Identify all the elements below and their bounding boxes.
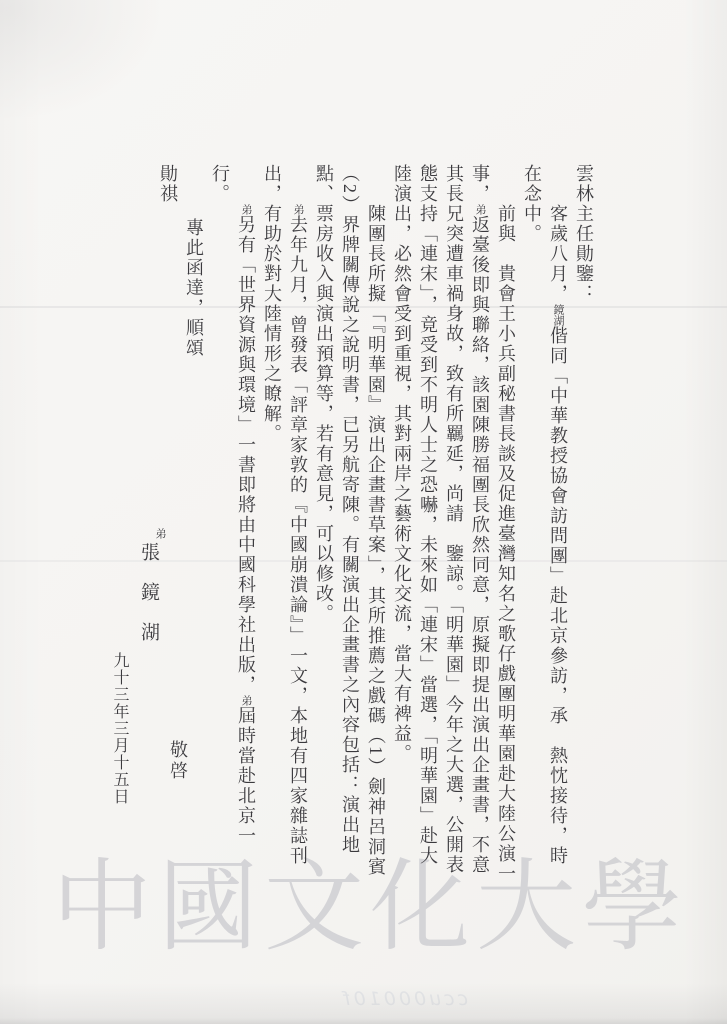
sender-name-annotation: 鏡湖 [552,304,564,326]
scanned-letter-page: 中國文化大學 雲林主任勛鑒： 客歲八月，鏡湖偕同「中華教授協會訪問團」赴北京參訪… [0,0,727,1024]
signature-humble-prefix: 弟 [152,528,168,539]
signature-date: 九十三年三月十五日 [108,652,131,805]
humble-self-annotation: 弟 [474,204,486,215]
text-run: 陳團長所擬「『明華園』演出企畫書草案」，其所推薦之戲碼（1）劍神呂洞賓（2）界牌… [314,164,386,877]
salutation: 雲林主任勛鑒： [571,164,597,884]
text-run: 返臺後即與聯絡，該園陳勝福團長欣然同意，原擬即提出演出企畫書，不意其長兄突遭車禍… [392,164,490,875]
paragraph-2: 前與 貴會王小兵副秘書長談及促進臺灣知名之歌仔戲團明華園赴大陸公演一事，弟返臺後… [389,164,519,884]
text-run: 客歲八月， [548,204,568,304]
paragraph-1: 客歲八月，鏡湖偕同「中華教授協會訪問團」赴北京參訪，承 熱忱接待，時在念中。 [519,164,571,884]
paragraph-5: 弟另有「世界資源與環境」一書即將由中國科學社出版，弟屆時當赴北京一行。 [207,164,259,884]
paragraph-4: 弟去年九月，曾發表「評章家敦的『中國崩潰論』」一文，本地有四家雜誌刊出，有助於對… [259,164,311,884]
humble-self-annotation: 弟 [292,204,304,215]
letter-body: 雲林主任勛鑒： 客歲八月，鏡湖偕同「中華教授協會訪問團」赴北京參訪，承 熱忱接待… [155,164,597,884]
bleedthrough-stamp: ccu00010f [278,988,468,1010]
signature-salute: 敬啓 [165,740,191,782]
signature-name: 張鏡湖 [135,542,162,662]
humble-self-annotation: 弟 [240,695,252,706]
text-run: 另有「世界資源與環境」一書即將由中國科學社出版， [236,215,256,695]
paragraph-3: 陳團長所擬「『明華園』演出企畫書草案」，其所推薦之戲碼（1）劍神呂洞賓（2）界牌… [311,164,389,884]
text-run: 去年九月，曾發表「評章家敦的『中國崩潰論』」一文，本地有四家雜誌刊出，有助於對大… [262,164,308,866]
humble-self-annotation: 弟 [240,204,252,215]
